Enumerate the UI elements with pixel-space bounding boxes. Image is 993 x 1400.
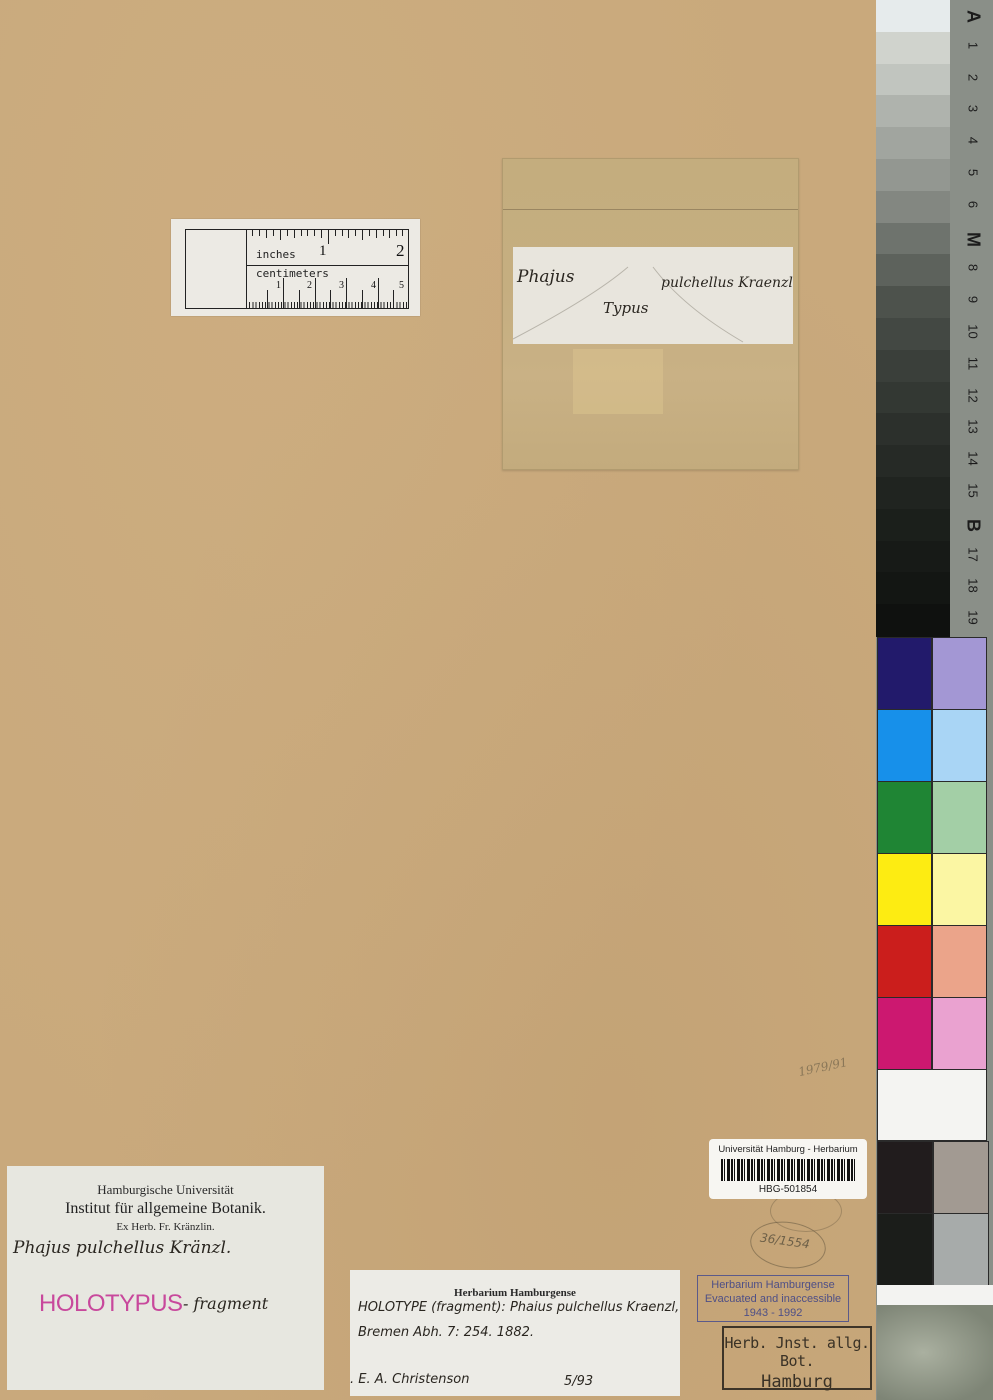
institute-university: Hamburgische Universität — [7, 1182, 324, 1198]
institute-label: Hamburgische Universität Institut für al… — [7, 1166, 324, 1390]
cm-mark-5: 5 — [399, 280, 404, 291]
envelope-contents-shadow — [573, 349, 663, 414]
barcode-title: Universität Hamburg - Herbarium — [709, 1144, 867, 1155]
gray-scale-label: 14 — [966, 444, 981, 474]
evacuated-stamp-line2: Evacuated and inaccessible — [698, 1292, 848, 1306]
gray-patch — [876, 413, 950, 446]
gray-scale-label: 2 — [966, 62, 981, 92]
evacuated-stamp-line3: 1943 - 1992 — [698, 1306, 848, 1320]
determination-line2: Bremen Abh. 7: 254. 1882. — [358, 1325, 534, 1340]
cm-mark-4: 4 — [371, 280, 376, 291]
color-patch — [932, 853, 987, 926]
tick — [383, 230, 384, 236]
color-patch — [932, 925, 987, 998]
evacuated-stamp-line1: Herbarium Hamburgense — [698, 1278, 848, 1292]
inch-mark-1: 1 — [319, 243, 327, 260]
tick — [287, 230, 288, 236]
gray-patch — [876, 445, 950, 478]
tick — [294, 230, 295, 238]
gray-patch — [876, 509, 950, 542]
ruler-blank-area — [186, 230, 247, 308]
tick — [301, 230, 302, 236]
gray-patch — [876, 127, 950, 160]
institute-stamp-line1: Herb. Jnst. allg. Bot. — [724, 1334, 870, 1370]
gray-patch — [876, 350, 950, 383]
tick — [362, 230, 363, 240]
gray-patch — [876, 191, 950, 224]
color-patch — [877, 637, 932, 710]
tick — [355, 230, 356, 236]
gray-scale-label: 8 — [966, 253, 981, 283]
gray-scale-label: 12 — [966, 380, 981, 410]
gray-patch — [876, 0, 950, 33]
gray-patch — [876, 318, 950, 351]
institute-stamp-line2: Hamburg — [724, 1372, 870, 1392]
gray-scale-label: 10 — [966, 317, 981, 347]
tick — [402, 230, 403, 236]
gray-scale-label: 11 — [966, 348, 981, 378]
tick — [259, 230, 260, 236]
scale-ruler: inches 1 2 centimeters 1 2 3 4 5 — [171, 219, 420, 316]
fragment-handwriting: - fragment — [183, 1294, 268, 1313]
neutral-patch — [877, 1213, 933, 1286]
envelope-flap-lines — [513, 247, 793, 344]
tick — [307, 230, 308, 236]
gray-patch — [876, 159, 950, 192]
fragment-envelope: Phajus pulchellus Kraenzl Typus — [502, 158, 799, 470]
gray-scale-label: 6 — [966, 189, 981, 219]
gray-patch — [876, 604, 950, 637]
centimeters-label: centimeters — [256, 267, 329, 280]
barcode-label: Universität Hamburg - Herbarium HBG-5018… — [709, 1139, 867, 1199]
gray-scale-label: M — [963, 224, 984, 254]
tick — [408, 278, 409, 308]
chart-backdrop — [877, 1305, 993, 1400]
color-patch — [932, 637, 987, 710]
neutral-patch — [933, 1213, 989, 1286]
gray-scale-label: 9 — [966, 285, 981, 315]
neutral-patch — [933, 1141, 989, 1214]
tick — [369, 230, 370, 236]
gray-scale-label: 3 — [966, 94, 981, 124]
tick — [266, 230, 267, 238]
evacuated-stamp: Herbarium Hamburgense Evacuated and inac… — [697, 1275, 849, 1322]
color-patch — [877, 925, 932, 998]
gray-scale-label: 18 — [966, 571, 981, 601]
gray-scale-label: A — [963, 2, 984, 32]
tick — [321, 230, 322, 238]
color-calibration-chart: A123456M89101112131415B171819 — [876, 0, 993, 1400]
pencil-annotation: 1979/91 — [797, 1055, 849, 1079]
gray-patch — [876, 286, 950, 319]
gray-scale-label: B — [963, 510, 984, 540]
tick — [314, 230, 315, 236]
gray-scale-label: 15 — [966, 476, 981, 506]
color-patch — [932, 781, 987, 854]
herbarium-sheet: inches 1 2 centimeters 1 2 3 4 5 — [0, 0, 876, 1400]
gray-scale-label: 19 — [966, 603, 981, 633]
envelope-fold — [503, 209, 798, 210]
color-patch — [877, 997, 932, 1070]
white-band — [877, 1285, 993, 1305]
determination-date: 5/93 — [564, 1374, 593, 1389]
gray-patch — [876, 64, 950, 97]
institute-name: Institut für allgemeine Botanik. — [7, 1200, 324, 1218]
color-patch — [932, 997, 987, 1070]
white-patch — [877, 1069, 987, 1141]
tick — [335, 230, 336, 236]
gray-patch — [876, 541, 950, 574]
cm-mark-2: 2 — [307, 280, 312, 291]
institute-source: Ex Herb. Fr. Kränzlin. — [7, 1221, 324, 1233]
envelope-genus-handwriting: Phajus — [517, 267, 574, 287]
color-patch — [932, 709, 987, 782]
color-patch — [877, 709, 932, 782]
cm-mark-3: 3 — [339, 280, 344, 291]
inch-mark-2: 2 — [396, 241, 405, 261]
gray-scale-label: 17 — [966, 539, 981, 569]
gray-scale-label: 13 — [966, 412, 981, 442]
tick — [348, 230, 349, 238]
determination-line1: HOLOTYPE (fragment): Phaius pulchellus K… — [358, 1300, 679, 1315]
tick — [252, 230, 253, 236]
gray-patch — [876, 477, 950, 510]
gray-patch — [876, 95, 950, 128]
cm-mark-1: 1 — [276, 280, 281, 291]
gray-scale-label: 1 — [966, 30, 981, 60]
barcode-number: HBG-501854 — [709, 1184, 867, 1195]
gray-patch — [876, 572, 950, 605]
herbarium-header: Herbarium Hamburgense — [350, 1287, 680, 1299]
tick — [273, 230, 274, 236]
envelope-species-handwriting: pulchellus Kraenzl — [661, 275, 793, 291]
inches-label: inches — [256, 248, 296, 261]
envelope-typus-handwriting: Typus — [603, 299, 648, 317]
determiner-name: . E. A. Christenson — [350, 1372, 470, 1387]
tick — [396, 230, 397, 236]
color-patch — [877, 781, 932, 854]
tick — [376, 230, 377, 238]
neutral-patch — [877, 1141, 933, 1214]
color-patch — [877, 853, 932, 926]
gray-scale-label: 4 — [966, 126, 981, 156]
herbarium-determination-label: Herbarium Hamburgense HOLOTYPE (fragment… — [350, 1270, 680, 1396]
tick — [389, 230, 390, 238]
gray-patch — [876, 32, 950, 65]
holotypus-stamp: HOLOTYPUS — [39, 1290, 183, 1318]
gray-patch — [876, 382, 950, 415]
tick — [342, 230, 343, 236]
institute-stamp: Herb. Jnst. allg. Bot. Hamburg — [722, 1326, 872, 1390]
gray-patch — [876, 254, 950, 287]
institute-taxon-handwriting: Phajus pulchellus Kränzl. — [13, 1238, 231, 1258]
tick — [328, 230, 329, 244]
gray-patch — [876, 223, 950, 256]
tick — [280, 230, 281, 240]
gray-scale-label: 5 — [966, 158, 981, 188]
ruler-divider — [246, 265, 408, 266]
mm-ticks — [246, 302, 408, 308]
barcode — [721, 1159, 855, 1181]
ruler-frame: inches 1 2 centimeters 1 2 3 4 5 — [185, 229, 409, 309]
envelope-label: Phajus pulchellus Kraenzl Typus — [513, 247, 793, 344]
